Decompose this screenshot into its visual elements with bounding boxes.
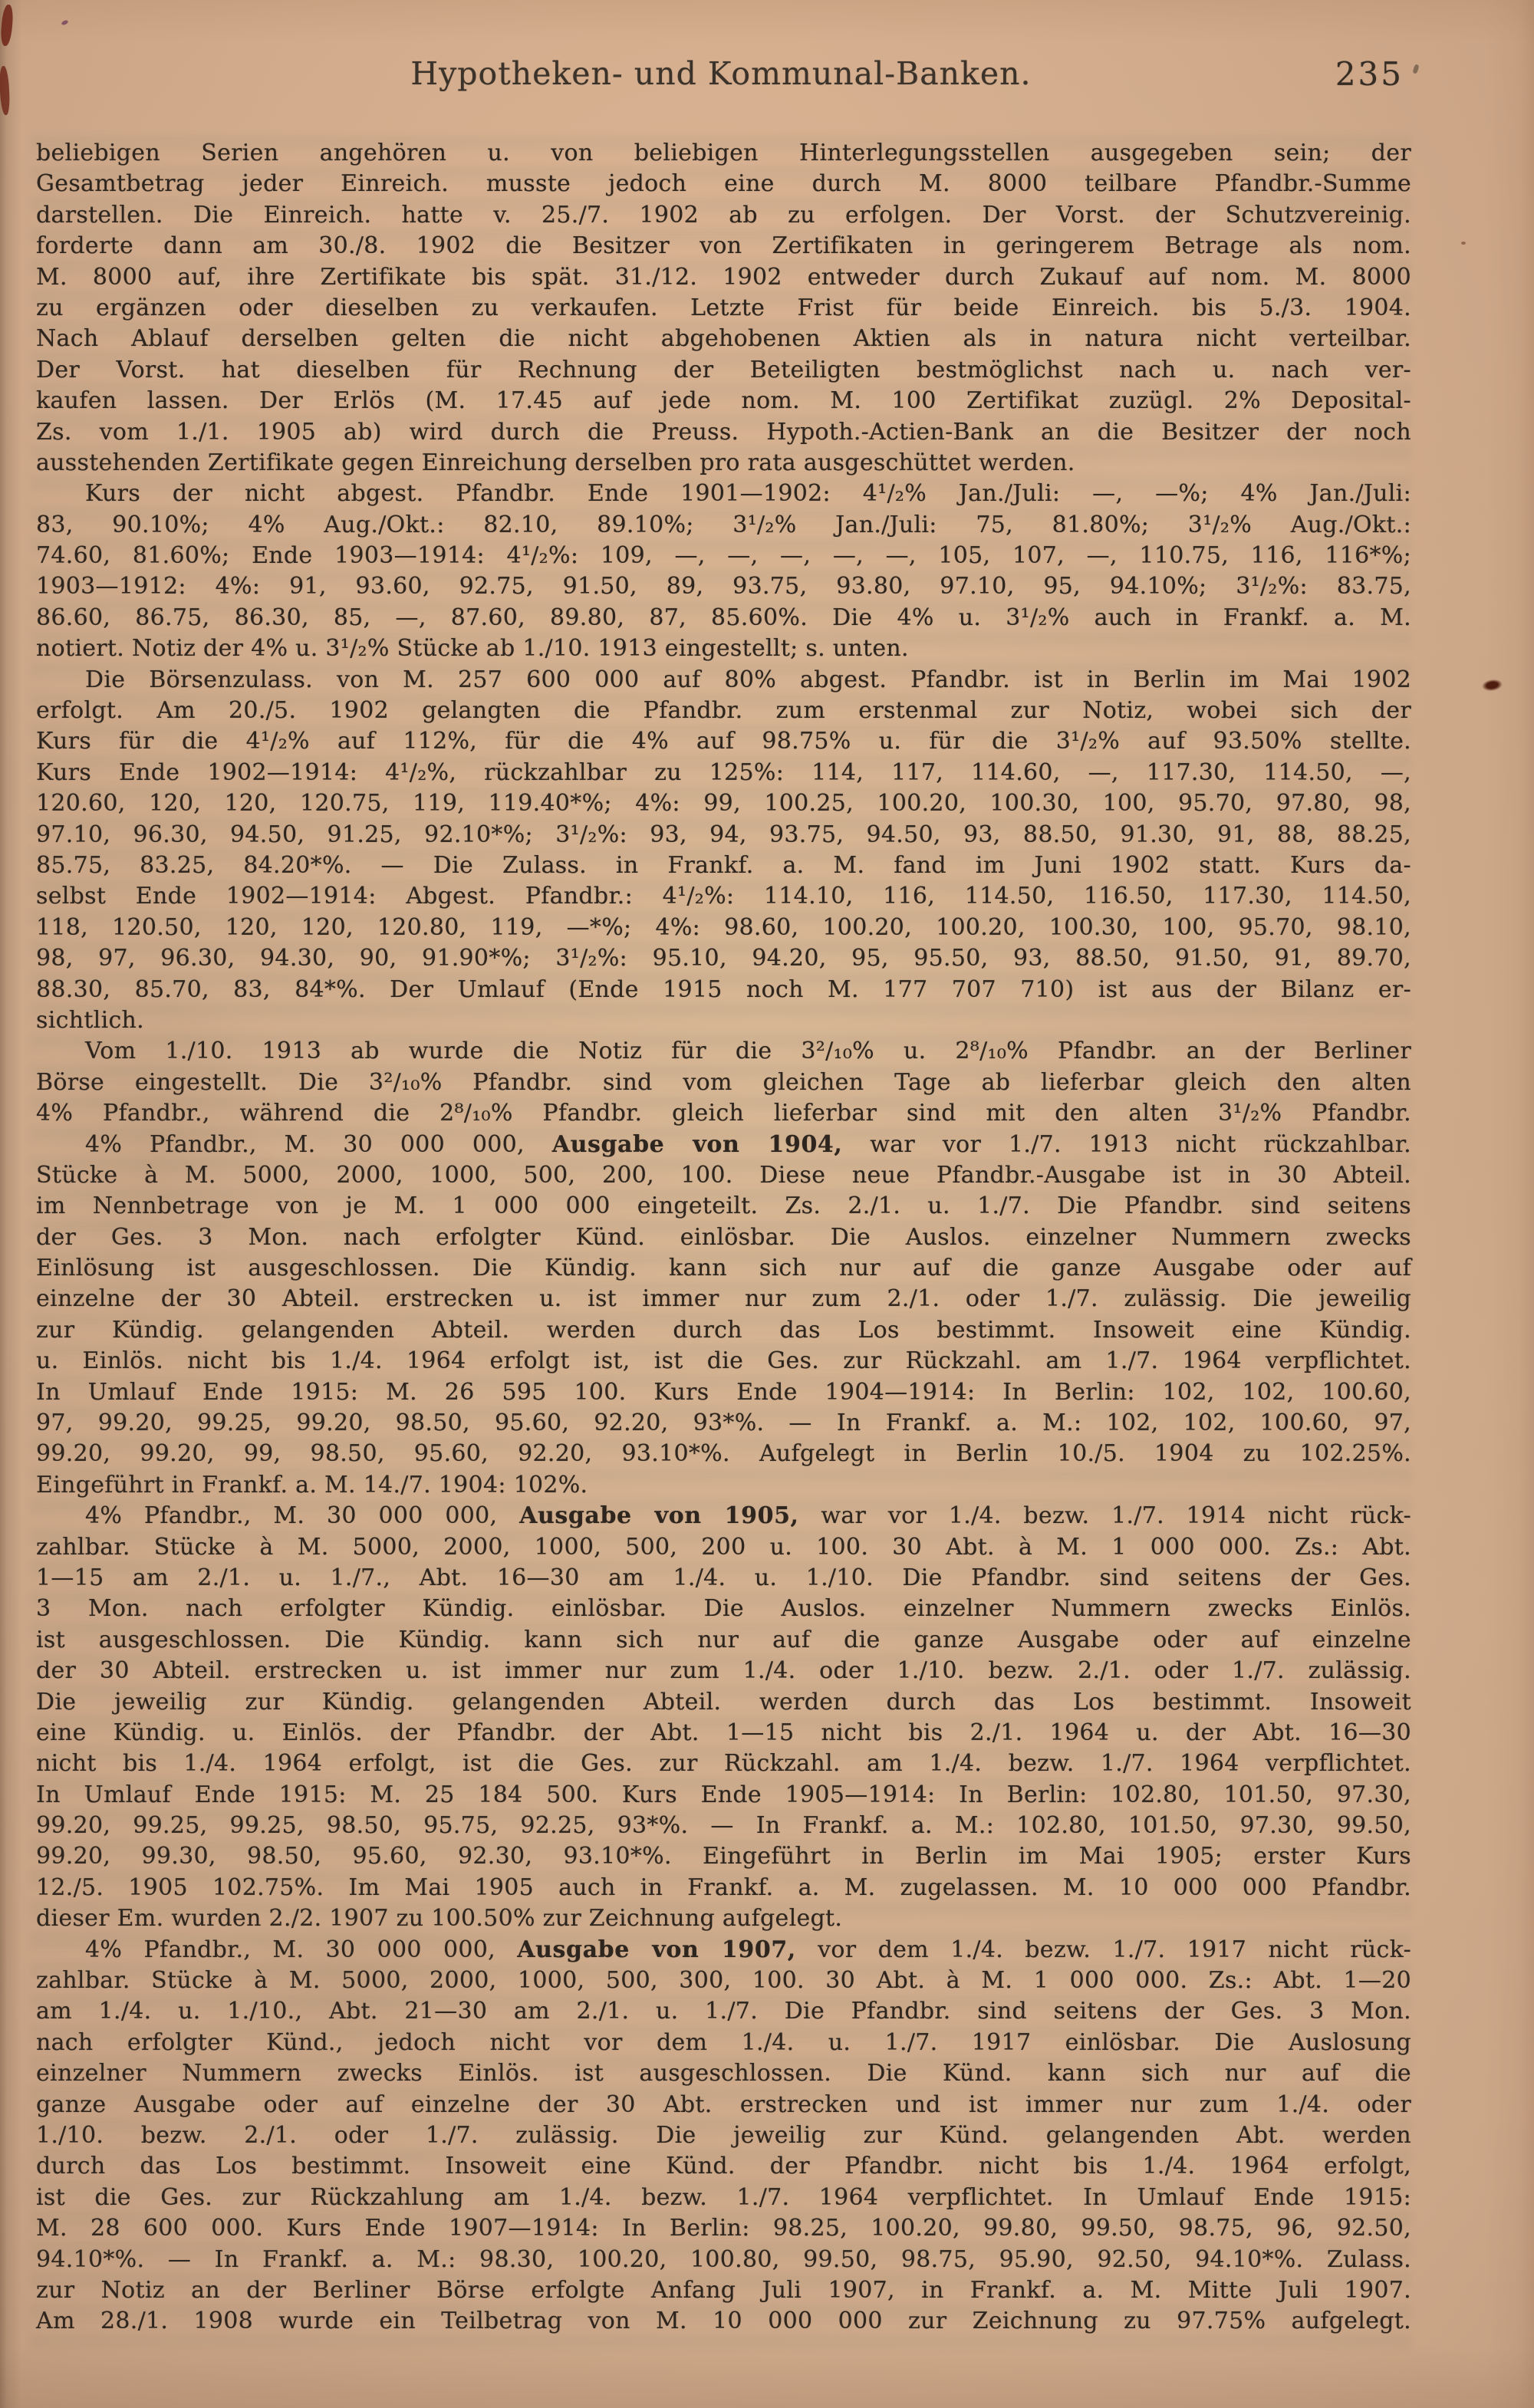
text-line: beliebigen Serien angehören u. von belie… bbox=[36, 138, 1411, 169]
text-line: einzelner Nummern zwecks Einlös. ist aus… bbox=[36, 2058, 1411, 2089]
page-number: 235 bbox=[1335, 54, 1404, 94]
text-line: nach erfolgter Künd., jedoch nicht vor d… bbox=[36, 2028, 1411, 2058]
text-line: forderte dann am 30./8. 1902 die Besitze… bbox=[36, 231, 1411, 262]
text-line: Kurs für die 4¹/₂% auf 112%, für die 4% … bbox=[36, 726, 1411, 757]
text-line: ist die Ges. zur Rückzahlung am 1./4. be… bbox=[36, 2183, 1411, 2213]
text-line: notiert. Notiz der 4% u. 3¹/₂% Stücke ab… bbox=[36, 633, 1411, 664]
text-line: Zs. vom 1./1. 1905 ab) wird durch die Pr… bbox=[36, 417, 1411, 448]
text-line: ausstehenden Zertifikate gegen Einreichu… bbox=[36, 448, 1411, 479]
text-line: kaufen lassen. Der Erlös (M. 17.45 auf j… bbox=[36, 386, 1411, 416]
text-line: 83, 90.10%; 4% Aug./Okt.: 82.10, 89.10%;… bbox=[36, 510, 1411, 541]
ink-speck bbox=[1461, 242, 1466, 245]
text-line: dieser Em. wurden 2./2. 1907 zu 100.50% … bbox=[36, 1903, 1411, 1934]
text-line: Börse eingestellt. Die 3²/₁₀% Pfandbr. s… bbox=[36, 1067, 1411, 1098]
text-line: 99.20, 99.25, 99.25, 98.50, 95.75, 92.25… bbox=[36, 1811, 1411, 1841]
running-title: Hypotheken- und Kommunal-Banken. bbox=[38, 54, 1404, 94]
text-line: Einlösung ist ausgeschlossen. Die Kündig… bbox=[36, 1253, 1411, 1284]
text-line: 1./10. bezw. 2./1. oder 1./7. zulässig. … bbox=[36, 2120, 1411, 2151]
text-line: 120.60, 120, 120, 120.75, 119, 119.40*%;… bbox=[36, 788, 1411, 819]
text-line: 98, 97, 96.30, 94.30, 90, 91.90*%; 3¹/₂%… bbox=[36, 943, 1411, 974]
text-line: durch das Los bestimmt. Insoweit eine Kü… bbox=[36, 2151, 1411, 2182]
text-line: der Ges. 3 Mon. nach erfolgter Künd. ein… bbox=[36, 1222, 1411, 1253]
text-line: Die Börsenzulass. von M. 257 600 000 auf… bbox=[36, 665, 1411, 696]
text-line: zur Kündig. gelangenden Abteil. werden d… bbox=[36, 1315, 1411, 1346]
text-line: nicht bis 1./4. 1964 erfolgt, ist die Ge… bbox=[36, 1748, 1411, 1779]
text-line: der 30 Abteil. erstrecken u. ist immer n… bbox=[36, 1656, 1411, 1686]
text-line: ist ausgeschlossen. Die Kündig. kann sic… bbox=[36, 1625, 1411, 1656]
text-line: 4% Pfandbr., M. 30 000 000, Ausgabe von … bbox=[36, 1501, 1411, 1531]
text-line: u. Einlös. nicht bis 1./4. 1964 erfolgt … bbox=[36, 1346, 1411, 1377]
text-line: 88.30, 85.70, 83, 84*%. Der Umlauf (Ende… bbox=[36, 975, 1411, 1005]
text-line: erfolgt. Am 20./5. 1902 gelangten die Pf… bbox=[36, 696, 1411, 726]
text-line: im Nennbetrage von je M. 1 000 000 einge… bbox=[36, 1191, 1411, 1222]
text-line: am 1./4. u. 1./10., Abt. 21—30 am 2./1. … bbox=[36, 1996, 1411, 2027]
text-line: Die jeweilig zur Kündig. gelangenden Abt… bbox=[36, 1687, 1411, 1718]
text-line: 86.60, 86.75, 86.30, 85, —, 87.60, 89.80… bbox=[36, 603, 1411, 633]
text-line: 94.10*%. — In Frankf. a. M.: 98.30, 100.… bbox=[36, 2245, 1411, 2275]
text-line: 118, 120.50, 120, 120, 120.80, 119, —*%;… bbox=[36, 913, 1411, 943]
ink-speck bbox=[61, 19, 68, 25]
page-number-mark bbox=[1412, 64, 1419, 74]
text-line: 1903—1912: 4%: 91, 93.60, 92.75, 91.50, … bbox=[36, 571, 1411, 602]
text-line: 4% Pfandbr., M. 30 000 000, Ausgabe von … bbox=[36, 1935, 1411, 1966]
text-line: sichtlich. bbox=[36, 1005, 1411, 1036]
text-line: 99.20, 99.30, 98.50, 95.60, 92.30, 93.10… bbox=[36, 1841, 1411, 1872]
text-line: M. 28 600 000. Kurs Ende 1907—1914: In B… bbox=[36, 2213, 1411, 2244]
text-line: Vom 1./10. 1913 ab wurde die Notiz für d… bbox=[36, 1036, 1411, 1067]
text-line: zahlbar. Stücke à M. 5000, 2000, 1000, 5… bbox=[36, 1532, 1411, 1563]
text-line: 97, 99.20, 99.25, 99.20, 98.50, 95.60, 9… bbox=[36, 1408, 1411, 1439]
text-line: Eingeführt in Frankf. a. M. 14./7. 1904:… bbox=[36, 1470, 1411, 1501]
text-line: zahlbar. Stücke à M. 5000, 2000, 1000, 5… bbox=[36, 1966, 1411, 1996]
text-line: In Umlauf Ende 1915: M. 25 184 500. Kurs… bbox=[36, 1780, 1411, 1811]
text-line: selbst Ende 1902—1914: Abgest. Pfandbr.:… bbox=[36, 881, 1411, 912]
text-line: Kurs der nicht abgest. Pfandbr. Ende 190… bbox=[36, 479, 1411, 509]
ink-stain bbox=[0, 4, 14, 46]
text-line: 4% Pfandbr., M. 30 000 000, Ausgabe von … bbox=[36, 1130, 1411, 1160]
text-line: 97.10, 96.30, 94.50, 91.25, 92.10*%; 3¹/… bbox=[36, 820, 1411, 850]
text-line: Gesamtbetrag jeder Einreich. musste jedo… bbox=[36, 169, 1411, 199]
text-line: Kurs Ende 1902—1914: 4¹/₂%, rückzahlbar … bbox=[36, 758, 1411, 788]
text-line: zur Notiz an der Berliner Börse erfolgte… bbox=[36, 2275, 1411, 2306]
text-line: Am 28./1. 1908 wurde ein Teilbetrag von … bbox=[36, 2306, 1411, 2337]
text-line: darstellen. Die Einreich. hatte v. 25./7… bbox=[36, 200, 1411, 231]
text-block: beliebigen Serien angehören u. von belie… bbox=[36, 138, 1411, 2337]
text-line: Stücke à M. 5000, 2000, 1000, 500, 200, … bbox=[36, 1160, 1411, 1191]
text-line: 3 Mon. nach erfolgter Kündig. einlösbar.… bbox=[36, 1594, 1411, 1624]
text-line: eine Kündig. u. Einlös. der Pfandbr. der… bbox=[36, 1718, 1411, 1748]
text-line: 74.60, 81.60%; Ende 1903—1914: 4¹/₂%: 10… bbox=[36, 541, 1411, 571]
page-header: Hypotheken- und Kommunal-Banken. 235 bbox=[38, 54, 1404, 103]
text-line: einzelne der 30 Abteil. erstrecken u. is… bbox=[36, 1284, 1411, 1314]
text-line: zu ergänzen oder dieselben zu verkaufen.… bbox=[36, 293, 1411, 324]
text-line: 12./5. 1905 102.75%. Im Mai 1905 auch in… bbox=[36, 1873, 1411, 1903]
book-page-scan: Hypotheken- und Kommunal-Banken. 235 bel… bbox=[0, 0, 1534, 2408]
text-line: Der Vorst. hat dieselben für Rechnung de… bbox=[36, 355, 1411, 386]
text-line: 1—15 am 2./1. u. 1./7., Abt. 16—30 am 1.… bbox=[36, 1563, 1411, 1594]
text-line: Nach Ablauf derselben gelten die nicht a… bbox=[36, 324, 1411, 354]
text-line: 99.20, 99.20, 99, 98.50, 95.60, 92.20, 9… bbox=[36, 1439, 1411, 1469]
text-line: M. 8000 auf, ihre Zertifikate bis spät. … bbox=[36, 262, 1411, 293]
ink-stain bbox=[0, 66, 11, 116]
text-line: In Umlauf Ende 1915: M. 26 595 100. Kurs… bbox=[36, 1377, 1411, 1408]
text-line: 4% Pfandbr., während die 2⁸/₁₀% Pfandbr.… bbox=[36, 1098, 1411, 1129]
text-line: 85.75, 83.25, 84.20*%. — Die Zulass. in … bbox=[36, 850, 1411, 881]
ink-spot bbox=[1481, 678, 1503, 692]
text-line: ganze Ausgabe oder auf einzelne der 30 A… bbox=[36, 2090, 1411, 2120]
